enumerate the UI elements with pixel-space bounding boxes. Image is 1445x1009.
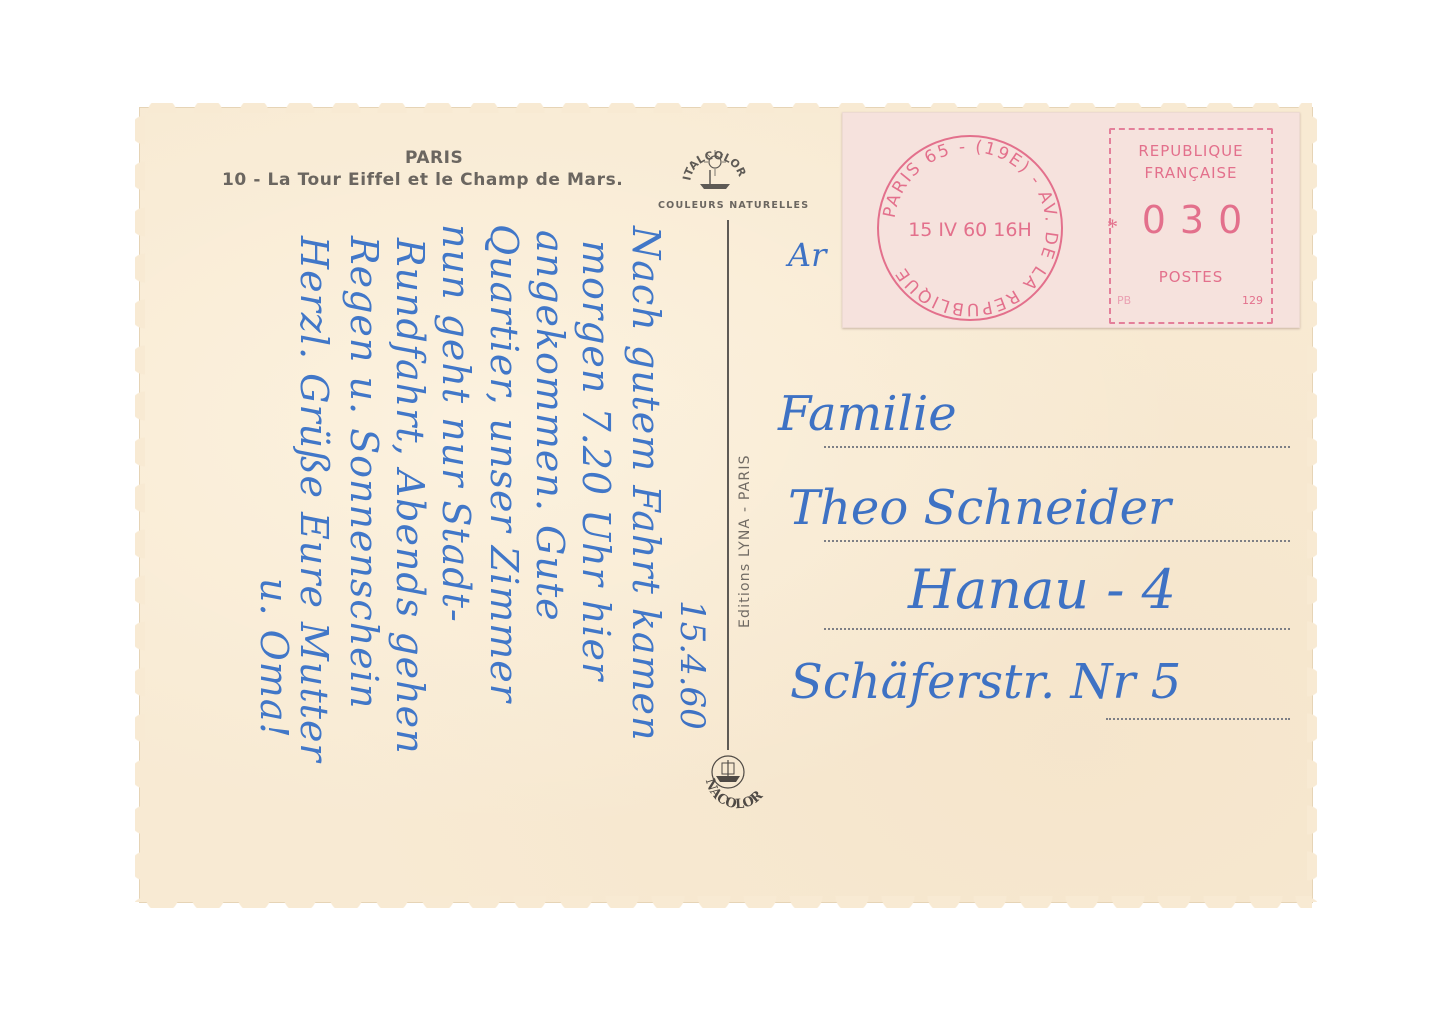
- address-line-3: Hanau - 4: [908, 558, 1176, 621]
- meter-stamp-strip: PARIS 65 - (19E) - AV. DE LA REPUBLIQUE …: [842, 112, 1300, 328]
- meter-country-line2: FRANÇAISE: [1111, 164, 1271, 182]
- message-line-3: angekommen. Gute: [528, 230, 572, 622]
- address-line-1: Familie: [778, 386, 957, 442]
- message-line-7: Regen u. Sonnenschein: [342, 236, 386, 709]
- message-line-5: nun geht nur Stadt-: [434, 224, 478, 623]
- svg-text:ITALCOLOR: ITALCOLOR: [680, 149, 748, 182]
- italcolor-logo-icon: ITALCOLOR: [680, 140, 750, 198]
- address-line-4: Schäferstr. Nr 5: [790, 654, 1181, 710]
- address-scribble: Ar: [788, 236, 826, 274]
- meter-country-line1: REPUBLIQUE: [1111, 142, 1271, 160]
- address-line-2: Theo Schneider: [788, 480, 1171, 536]
- nacolor-logo-text: NACOLOR: [702, 777, 766, 813]
- address-rule-3: [824, 628, 1290, 630]
- italcolor-subtitle: COULEURS NATURELLES: [658, 200, 809, 211]
- message-line-2: morgen 7.20 Uhr hier: [574, 240, 618, 681]
- svg-text:NACOLOR: NACOLOR: [702, 777, 766, 813]
- printed-city-title: PARIS: [405, 148, 463, 168]
- deckle-edge-left: [135, 108, 145, 902]
- postmark-date: 15 IV 60 16H: [908, 219, 1032, 241]
- deckle-edge-right: [1307, 108, 1317, 902]
- message-line-1: Nach gutem Fahrt kamen: [624, 226, 668, 742]
- message-line-8: Herzl. Grüße Eure Mutter: [292, 236, 336, 763]
- printed-caption: 10 - La Tour Eiffel et le Champ de Mars.: [222, 170, 623, 190]
- message-date: 15.4.60: [672, 600, 712, 730]
- publisher-imprint: Editions LYNA - PARIS: [737, 454, 753, 628]
- meter-postage-value: 030: [1111, 198, 1271, 242]
- address-rule-4: [1106, 718, 1290, 720]
- meter-frame: REPUBLIQUE FRANÇAISE * 030 POSTES PB 129: [1109, 128, 1273, 324]
- italcolor-logo-text: ITALCOLOR: [680, 149, 748, 182]
- meter-code-left: PB: [1117, 294, 1131, 307]
- meter-service-label: POSTES: [1111, 268, 1271, 286]
- nacolor-ship-logo-icon: NACOLOR: [698, 750, 788, 820]
- meter-code-right: 129: [1242, 294, 1263, 307]
- message-line-9: u. Oma!: [252, 578, 296, 739]
- message-line-6: Rundfahrt, Abends gehen: [388, 238, 432, 755]
- postcard: PARIS 10 - La Tour Eiffel et le Champ de…: [140, 108, 1312, 902]
- address-rule-2: [824, 540, 1290, 542]
- postmark-cancellation-icon: PARIS 65 - (19E) - AV. DE LA REPUBLIQUE …: [872, 130, 1068, 326]
- deckle-edge-bottom: [140, 896, 1312, 908]
- center-divider-line: [727, 220, 729, 750]
- address-rule-1: [824, 446, 1290, 448]
- message-line-4: Quartier, unser Zimmer: [482, 224, 526, 703]
